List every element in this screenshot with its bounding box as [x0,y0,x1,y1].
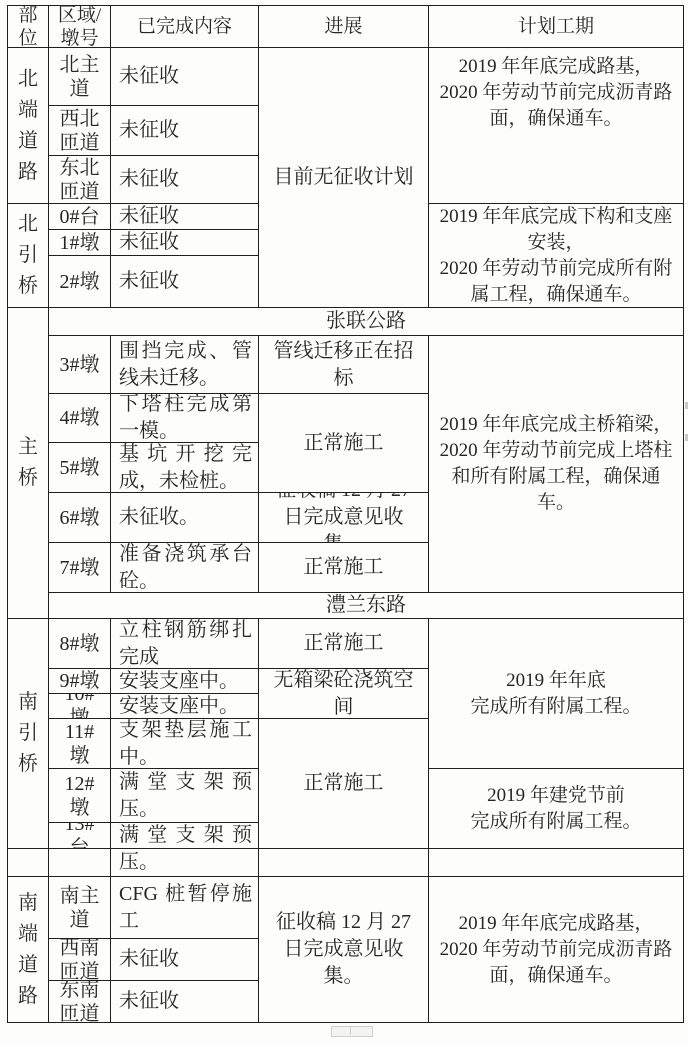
sw-ramp-completed-text: 未征收 [119,946,252,973]
ne-ramp-completed-text: 未征收 [119,166,252,193]
pier-5-area-cell: 5#墩 [49,443,111,493]
south-approach-part-cell: 南引桥 [8,619,49,849]
nw-ramp-completed-cell: 未征收 [111,106,259,156]
pier-6-completed-cell: 未征收。 [111,493,259,543]
zhanglian-road-band-cell: 张联公路 [49,308,684,336]
pier-9-area-cell: 9#墩 [49,669,111,694]
construction-progress-document: 部位 区域/墩号 已完成内容 进展 计划工期 北端道路 北引桥 主桥 南引桥 南… [0,0,689,1045]
pier-4-5-progress-text: 正常施工 [304,430,384,457]
sw-ramp-area-label: 西南匝道 [55,939,104,981]
pier-11-completed-text: 支架垫层施工中。 [119,719,252,769]
north-road-part-label: 北端道路 [12,64,44,188]
pier-6-area-label: 6#墩 [60,506,100,530]
main-bridge-schedule-cell: 2019 年年底完成主桥箱梁， 2020 年劳动节前完成上塔柱和所有附属工程，确… [429,336,684,593]
abutment-0-completed-cell: 未征收 [111,204,259,230]
pier-9-completed-text: 安装支座中。 [119,669,252,694]
pier-4-area-cell: 4#墩 [49,394,111,443]
pier-8-area-label: 8#墩 [60,632,100,656]
pier-10-completed-text: 安装支座中。 [119,694,252,719]
header-completed-cell: 已完成内容 [111,6,259,48]
pier-12-completed-text: 满堂支架预压。 [119,769,252,823]
nw-ramp-completed-text: 未征收 [119,117,252,144]
pier-1-completed-text: 未征收 [119,230,252,256]
pier-2-area-label: 2#墩 [60,270,100,294]
abutment-0-area-label: 0#台 [60,205,100,229]
edge-artifact [685,402,688,409]
abutment-13-area-label: 13#台 [55,823,104,849]
pier-3-area-cell: 3#墩 [49,336,111,394]
pier-7-completed-cell: 准备浇筑承台砼。 [111,543,259,593]
se-ramp-area-label: 东南匝道 [55,981,104,1023]
split-band-part-cell [8,849,49,877]
pier-11-completed-cell: 支架垫层施工中。 [111,719,259,769]
north-approach-part-cell: 北引桥 [8,204,49,308]
abutment-0-completed-text: 未征收 [119,204,252,230]
pier-6-progress-text: 征收稿 12 月 27 日完成意见收集。 [265,493,422,543]
pier-10-completed-cell: 安装支座中。 [111,694,259,719]
south-main-area-label: 南主道 [55,884,104,932]
zhanglian-road-label: 张联公路 [326,308,406,335]
pier-6-completed-text: 未征收。 [119,504,252,531]
pier-3-progress-text: 管线迁移正在招标 [265,338,422,392]
main-bridge-part-label: 主桥 [12,432,44,494]
pier-1-completed-cell: 未征收 [111,230,259,256]
pier-9-completed-cell: 安装支座中。 [111,669,259,694]
south-approach-schedule-b-text: 2019 年建党节前 完成所有附属工程。 [470,783,641,835]
pier-3-progress-cell: 管线迁移正在招标 [259,336,429,394]
pier-9-10-progress-text: 无箱梁砼浇筑空间 [265,669,422,719]
south-road-schedule-text: 2019 年年底完成路基， 2020 年劳动节前完成沥青路面，确保通车。 [437,911,675,989]
pier-11-area-cell: 11#墩 [49,719,111,769]
header-progress-label: 进展 [324,15,362,38]
south-main-completed-text: CFG 桩暂停施工 [119,881,252,935]
header-part-label: 部位 [13,6,43,48]
pier-7-area-cell: 7#墩 [49,543,111,593]
split-band-progress-cell [259,849,429,877]
main-bridge-part-cell: 主桥 [8,308,49,619]
abutment-0-area-cell: 0#台 [49,204,111,230]
abutment-13-completed-cell: 满堂支架预 [111,823,259,849]
ne-ramp-completed-cell: 未征收 [111,156,259,204]
pier-12-completed-cell: 满堂支架预压。 [111,769,259,823]
south-road-schedule-cell: 2019 年年底完成路基， 2020 年劳动节前完成沥青路面，确保通车。 [429,877,684,1023]
nw-ramp-area-label: 西北匝道 [55,107,104,155]
pier-8-completed-text: 立柱钢筋绑扎完成 [119,619,252,669]
se-ramp-completed-text: 未征收 [119,988,252,1015]
south-approach-part-label: 南引桥 [12,687,44,780]
se-ramp-completed-cell: 未征收 [111,981,259,1023]
pier-7-progress-text: 正常施工 [304,554,384,581]
pier-3-completed-text: 围挡完成、管线未迁移。 [119,338,252,392]
pier-10-area-cell: 10#墩 [49,694,111,719]
split-band-area-cell [49,849,111,877]
south-road-progress-text: 征收稿 12 月 27 日完成意见收集。 [265,909,422,990]
nw-ramp-area-cell: 西北匝道 [49,106,111,156]
pier-8-progress-cell: 正常施工 [259,619,429,669]
north-main-completed-text: 未征收 [119,63,252,90]
north-approach-schedule-cell: 2019 年年底完成下构和支座安装， 2020 年劳动节前完成所有附属工程，确保… [429,204,684,308]
header-area-label: 区域/墩号 [54,6,105,48]
south-approach-schedule-b-cell: 2019 年建党节前 完成所有附属工程。 [429,769,684,849]
south-approach-schedule-a-cell: 2019 年年底 完成所有附属工程。 [429,619,684,769]
edge-artifact [685,434,688,441]
pier-4-area-label: 4#墩 [60,406,100,430]
pier-3-area-label: 3#墩 [60,353,100,377]
split-band-schedule-cell [429,849,684,877]
pier-11-area-label: 11#墩 [55,720,104,768]
pier-8-completed-cell: 立柱钢筋绑扎完成 [111,619,259,669]
pier-4-completed-cell: 下塔柱完成第一模。 [111,394,259,443]
split-band-completed-cell: 压。 [111,849,259,877]
split-band-completed-text: 压。 [119,849,252,876]
pier-9-10-progress-cell: 无箱梁砼浇筑空间 [259,669,429,719]
no-requisition-progress-text: 目前无征收计划 [274,164,414,191]
pier-7-area-label: 7#墩 [60,556,100,580]
pier-2-area-cell: 2#墩 [49,256,111,308]
scrollbar-artifact [331,1026,373,1037]
pier-12-area-cell: 12#墩 [49,769,111,823]
pier-11-13-progress-cell: 正常施工 [259,719,429,849]
north-road-schedule-text: 2019 年年底完成路基， 2020 年劳动节前完成沥青路面，确保通车。 [437,54,675,132]
pier-8-progress-text: 正常施工 [304,630,384,657]
main-bridge-schedule-text: 2019 年年底完成主桥箱梁， 2020 年劳动节前完成上塔柱和所有附属工程，确… [437,412,675,516]
pier-2-completed-cell: 未征收 [111,256,259,308]
sw-ramp-completed-cell: 未征收 [111,939,259,981]
ne-ramp-area-label: 东北匝道 [55,156,104,204]
south-road-part-label: 南端道路 [12,888,44,1012]
pier-6-progress-cell: 征收稿 12 月 27 日完成意见收集。 [259,493,429,543]
pier-4-5-progress-cell: 正常施工 [259,394,429,493]
north-main-area-label: 北主道 [55,53,104,101]
pier-2-completed-text: 未征收 [119,268,252,295]
south-road-progress-cell: 征收稿 12 月 27 日完成意见收集。 [259,877,429,1023]
pier-5-completed-text: 基坑开挖完成，未检桩。 [119,443,252,493]
north-main-completed-cell: 未征收 [111,48,259,106]
south-road-part-cell: 南端道路 [8,877,49,1023]
pier-10-area-label: 10#墩 [55,694,104,719]
sw-ramp-area-cell: 西南匝道 [49,939,111,981]
pier-1-area-label: 1#墩 [60,231,100,255]
abutment-13-completed-text: 满堂支架预 [119,823,252,849]
pier-8-area-cell: 8#墩 [49,619,111,669]
pier-6-area-cell: 6#墩 [49,493,111,543]
pier-4-completed-text: 下塔柱完成第一模。 [119,394,252,443]
pier-7-completed-text: 准备浇筑承台砼。 [119,543,252,593]
header-schedule-label: 计划工期 [518,15,594,38]
header-completed-label: 已完成内容 [137,15,232,38]
pier-12-area-label: 12#墩 [55,772,104,820]
ne-ramp-area-cell: 东北匝道 [49,156,111,204]
header-schedule-cell: 计划工期 [429,6,684,48]
south-main-area-cell: 南主道 [49,877,111,939]
header-area-cell: 区域/墩号 [49,6,111,48]
lilan-road-label: 澧兰东路 [326,593,406,619]
header-part-cell: 部位 [8,6,49,48]
no-requisition-progress-cell: 目前无征收计划 [259,48,429,308]
header-progress-cell: 进展 [259,6,429,48]
pier-11-13-progress-text: 正常施工 [304,770,384,797]
abutment-13-area-cell: 13#台 [49,823,111,849]
se-ramp-area-cell: 东南匝道 [49,981,111,1023]
pier-5-area-label: 5#墩 [60,456,100,480]
pier-7-progress-cell: 正常施工 [259,543,429,593]
south-approach-schedule-a-text: 2019 年年底 完成所有附属工程。 [470,668,641,720]
construction-progress-table: 部位 区域/墩号 已完成内容 进展 计划工期 北端道路 北引桥 主桥 南引桥 南… [7,5,684,1023]
south-main-completed-cell: CFG 桩暂停施工 [111,877,259,939]
pier-3-completed-cell: 围挡完成、管线未迁移。 [111,336,259,394]
pier-1-area-cell: 1#墩 [49,230,111,256]
pier-9-area-label: 9#墩 [60,669,100,693]
north-road-schedule-cell: 2019 年年底完成路基， 2020 年劳动节前完成沥青路面，确保通车。 [429,48,684,204]
north-approach-schedule-text: 2019 年年底完成下构和支座安装， 2020 年劳动节前完成所有附属工程，确保… [437,204,675,308]
pier-5-completed-cell: 基坑开挖完成，未检桩。 [111,443,259,493]
lilan-road-band-cell: 澧兰东路 [49,593,684,619]
north-main-area-cell: 北主道 [49,48,111,106]
north-approach-part-label: 北引桥 [12,209,44,302]
north-road-part-cell: 北端道路 [8,48,49,204]
